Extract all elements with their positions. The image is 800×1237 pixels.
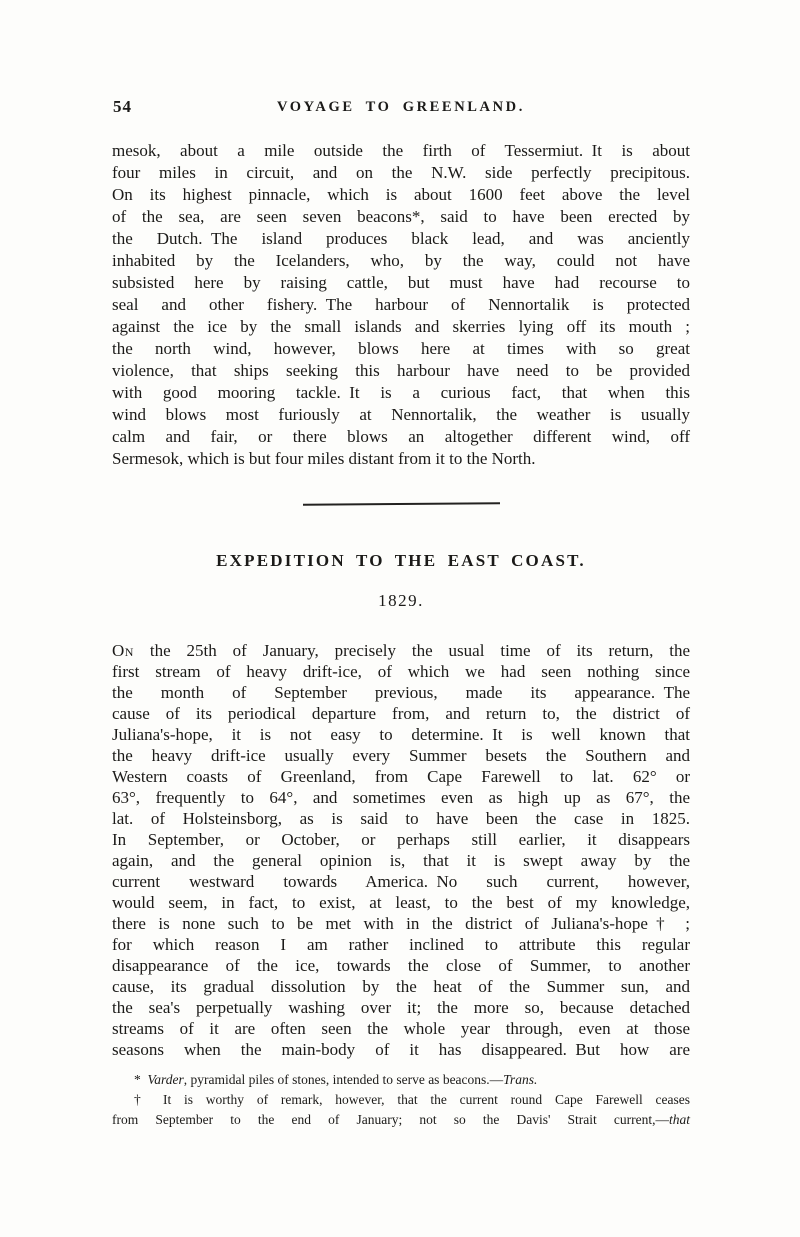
text-line: for which reason I am rather inclined to… xyxy=(112,934,690,955)
lead-line-rest: the 25th of January, precisely the usual… xyxy=(134,641,690,660)
footnote-dagger-line2: from September to the end of January; no… xyxy=(112,1110,690,1130)
text-line: would seem, in fact, to exist, at least,… xyxy=(112,892,690,913)
text-line: In September, or October, or perhaps sti… xyxy=(112,829,690,850)
text-line: mesok, about a mile outside the firth of… xyxy=(112,140,690,162)
footnote-dagger-line1: † It is worthy of remark, however, that … xyxy=(112,1090,690,1110)
text-line: 63°, frequently to 64°, and sometimes ev… xyxy=(112,787,690,808)
text-line: there is none such to be met with in the… xyxy=(112,913,690,934)
text-line: cause of its periodical departure from, … xyxy=(112,703,690,724)
paragraph-continuation: mesok, about a mile outside the firth of… xyxy=(112,140,690,470)
text-line: streams of it are often seen the whole y… xyxy=(112,1018,690,1039)
footnotes: * Varder, pyramidal piles of stones, int… xyxy=(112,1070,690,1130)
page-number: 54 xyxy=(113,97,132,117)
text-line: violence, that ships seeking this harbou… xyxy=(112,360,690,382)
footnote-italic-trans: Trans. xyxy=(503,1072,537,1087)
text-line: disappearance of the ice, towards the cl… xyxy=(112,955,690,976)
text-line: inhabited by the Icelanders, who, by the… xyxy=(112,250,690,272)
footnote-text: , pyramidal piles of stones, intended to… xyxy=(184,1072,503,1087)
text-line: Sermesok, which is but four miles distan… xyxy=(112,448,690,470)
text-line: the heavy drift-ice usually every Summer… xyxy=(112,745,690,766)
text-line: current westward towards America. No suc… xyxy=(112,871,690,892)
text-line: the month of September previous, made it… xyxy=(112,682,690,703)
text-line: calm and fair, or there blows an altoget… xyxy=(112,426,690,448)
text-line: of the sea, are seen seven beacons*, sai… xyxy=(112,206,690,228)
page-content: 54 VOYAGE TO GREENLAND. mesok, about a m… xyxy=(112,97,690,1130)
text-line: the north wind, however, blows here at t… xyxy=(112,338,690,360)
footnote-italic-varder: Varder xyxy=(148,1072,184,1087)
text-line: subsisted here by raising cattle, but mu… xyxy=(112,272,690,294)
paragraph-expedition: On the 25th of January, precisely the us… xyxy=(112,640,690,1060)
running-title: VOYAGE TO GREENLAND. xyxy=(112,97,690,117)
lead-word-smallcaps: On xyxy=(112,641,134,660)
text-line: with good mooring tackle. It is a curiou… xyxy=(112,382,690,404)
section-title: EXPEDITION TO THE EAST COAST. xyxy=(112,551,690,571)
text-line: wind blows most furiously at Nennortalik… xyxy=(112,404,690,426)
footnote-varder: * Varder, pyramidal piles of stones, int… xyxy=(112,1070,690,1090)
text-line: again, and the general opinion is, that … xyxy=(112,850,690,871)
text-line: Western coasts of Greenland, from Cape F… xyxy=(112,766,690,787)
footnote-italic-that: that xyxy=(669,1112,690,1127)
book-page: 54 VOYAGE TO GREENLAND. mesok, about a m… xyxy=(0,0,800,1237)
text-line: Juliana's-hope, it is not easy to determ… xyxy=(112,724,690,745)
text-line: seal and other fishery. The harbour of N… xyxy=(112,294,690,316)
page-header: 54 VOYAGE TO GREENLAND. xyxy=(112,97,690,117)
footnote-marker-asterisk: * xyxy=(134,1072,148,1087)
text-line: cause, its gradual dissolution by the he… xyxy=(112,976,690,997)
text-line: the Dutch. The island produces black lea… xyxy=(112,228,690,250)
text-line: four miles in circuit, and on the N.W. s… xyxy=(112,162,690,184)
text-line: On its highest pinnacle, which is about … xyxy=(112,184,690,206)
footnote-text: from September to the end of January; no… xyxy=(112,1112,669,1127)
text-line: the sea's perpetually washing over it; t… xyxy=(112,997,690,1018)
text-line: lat. of Holsteinsborg, as is said to hav… xyxy=(112,808,690,829)
text-line: against the ice by the small islands and… xyxy=(112,316,690,338)
text-line: first stream of heavy drift-ice, of whic… xyxy=(112,661,690,682)
section-year: 1829. xyxy=(112,591,690,611)
text-line: seasons when the main-body of it has dis… xyxy=(112,1039,690,1060)
section-divider-rule xyxy=(302,502,499,505)
text-line: On the 25th of January, precisely the us… xyxy=(112,640,690,661)
